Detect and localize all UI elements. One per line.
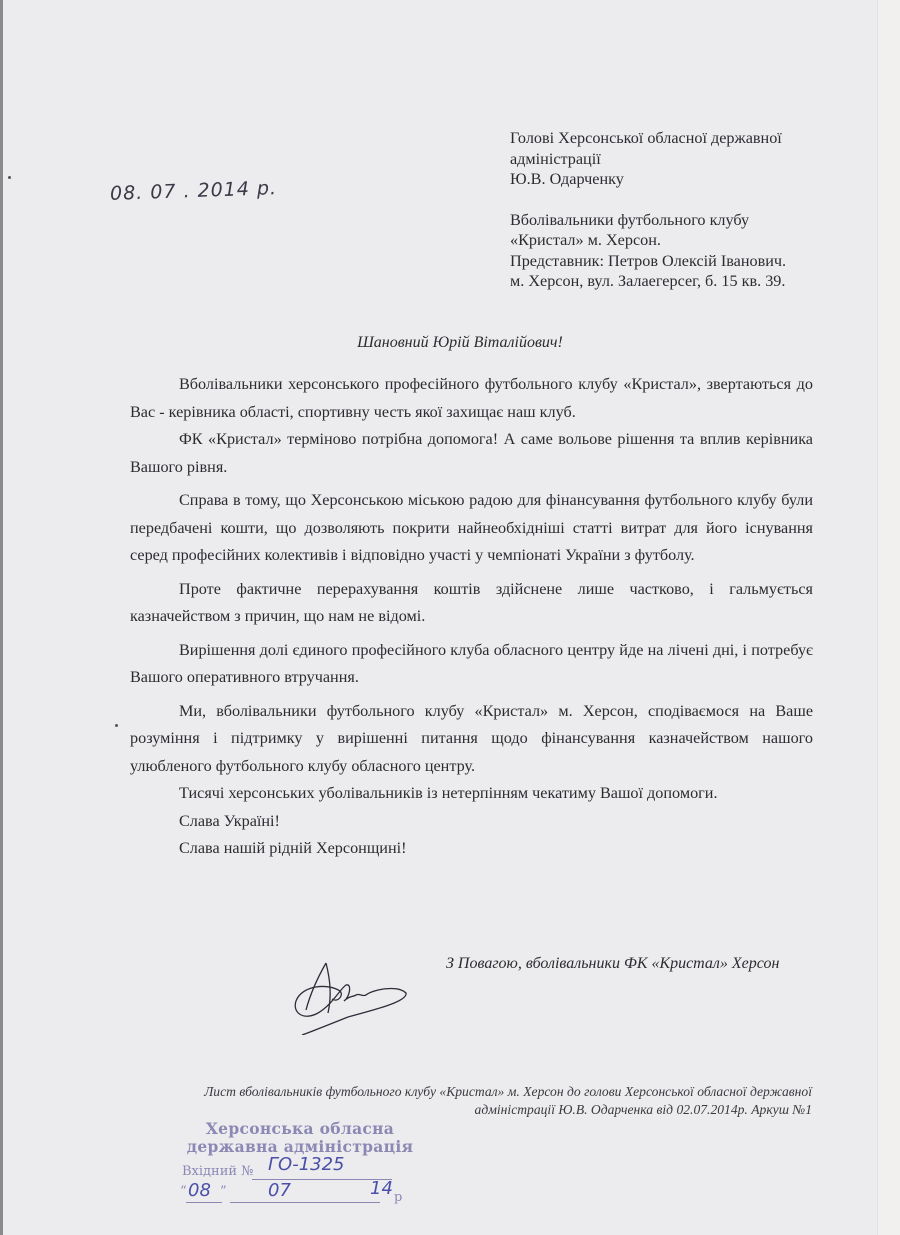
- stamp-year: 14: [370, 1178, 393, 1199]
- body-paragraph: Проте фактичне перерахування коштів здій…: [130, 576, 813, 631]
- letter-body: Вболівальники херсонського професійного …: [130, 371, 813, 863]
- body-paragraph: Тисячі херсонських уболівальників із нет…: [130, 780, 813, 808]
- footer-line: адміністрації Ю.В. Одарченка від 02.07.2…: [140, 1101, 812, 1119]
- addressee-line: адміністрації: [510, 149, 786, 170]
- sender-line: «Кристал» м. Херсон.: [510, 230, 786, 251]
- salutation: Шановний Юрій Віталійович!: [0, 334, 900, 352]
- stamp-year-suffix: р: [394, 1190, 402, 1205]
- scan-speck: [8, 176, 11, 179]
- body-paragraph: Слава нашій рідній Херсонщині!: [130, 835, 813, 863]
- sender-line: Представник: Петров Олексій Іванович.: [510, 251, 786, 272]
- addressee-line: Ю.В. Одарченку: [510, 169, 786, 190]
- stamp-underline: [186, 1202, 222, 1203]
- sender-line: м. Херсон, вул. Залаегерсег, б. 15 кв. 3…: [510, 271, 786, 292]
- body-paragraph: Вболівальники херсонського професійного …: [130, 371, 813, 426]
- stamp-date-row: “ 08 ” 07 14 р: [180, 1180, 420, 1204]
- footer-line: Лист вболівальників футбольного клубу «К…: [140, 1083, 812, 1101]
- body-paragraph: ФК «Кристал» терміново потрібна допомога…: [130, 426, 813, 481]
- stamp-incoming-row: Вхідний № ГО-1325: [180, 1156, 420, 1180]
- footer-note: Лист вболівальників футбольного клубу «К…: [140, 1083, 812, 1119]
- body-paragraph: Вирішення долі єдиного професійного клуб…: [130, 637, 813, 692]
- scan-speck: [115, 724, 118, 727]
- body-paragraph: Справа в тому, що Херсонською міською ра…: [130, 487, 813, 570]
- sender-line: Вболівальники футбольного клубу: [510, 210, 786, 231]
- handwritten-date: 08. 07 . 2014 р.: [110, 177, 278, 205]
- stamp-quote-close: ”: [220, 1184, 227, 1199]
- signature-icon: [288, 955, 418, 1035]
- stamp-incoming-label: Вхідний №: [182, 1164, 253, 1179]
- stamp-underline: [230, 1202, 380, 1203]
- registration-stamp: Херсонська обласна державна адміністраці…: [180, 1120, 420, 1204]
- addressee-block: Голові Херсонської обласної державної ад…: [510, 128, 786, 292]
- body-paragraph: Ми, вболівальники футбольного клубу «Кри…: [130, 698, 813, 781]
- scan-edge-right: [877, 0, 900, 1235]
- stamp-month: 07: [268, 1180, 291, 1201]
- stamp-quote-open: “: [180, 1184, 187, 1199]
- closing-line: З Повагою, вболівальники ФК «Кристал» Хе…: [446, 955, 779, 973]
- addressee-line: Голові Херсонської обласної державної: [510, 128, 786, 149]
- body-paragraph: Слава Україні!: [130, 808, 813, 836]
- stamp-day: 08: [188, 1180, 211, 1201]
- stamp-org-line: Херсонська обласна: [180, 1120, 420, 1138]
- scan-edge-left: [0, 0, 3, 1235]
- stamp-incoming-number: ГО-1325: [268, 1154, 345, 1175]
